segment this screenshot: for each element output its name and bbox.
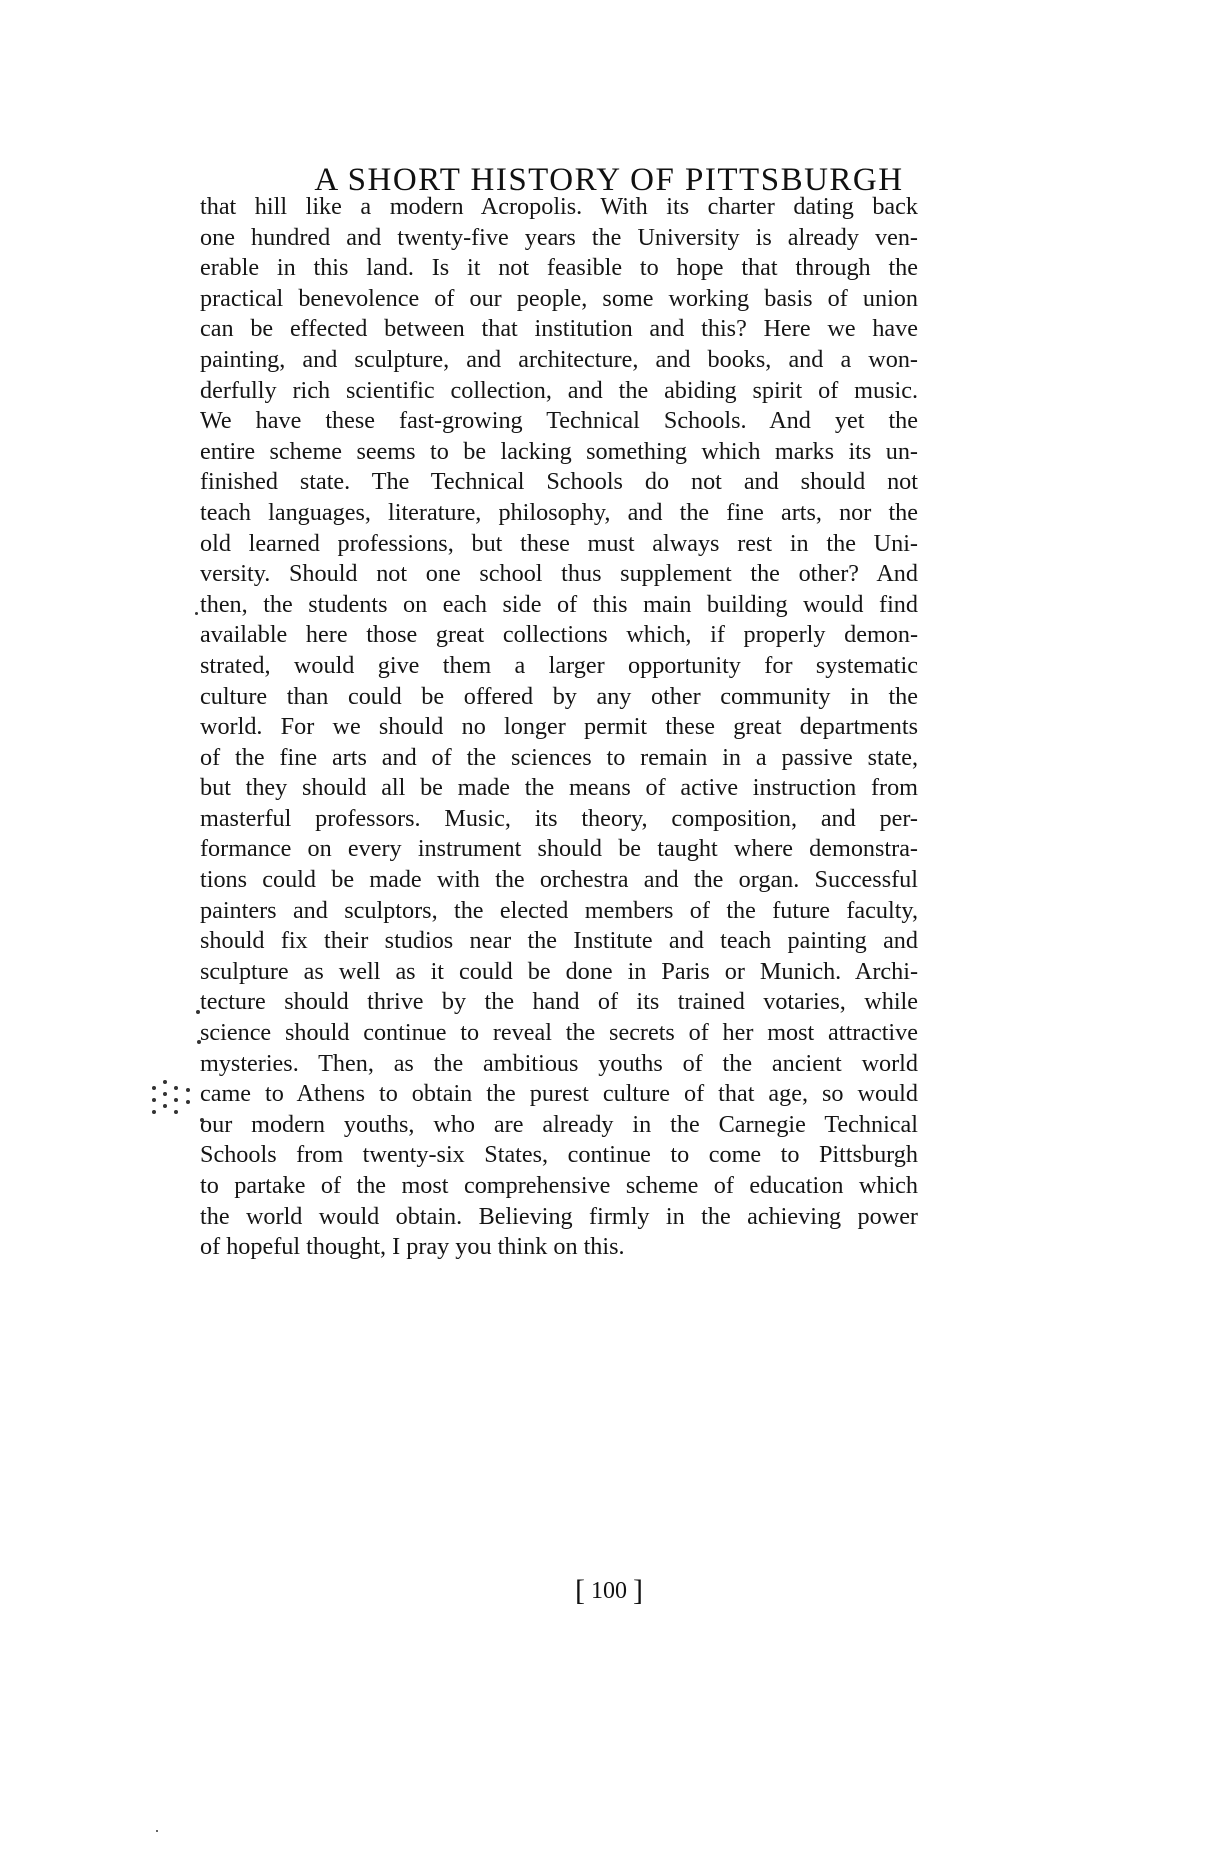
body-paragraph: that hill like a modern Acropolis. With …: [200, 192, 918, 1263]
book-page: A SHORT HISTORY OF PITTSBURGH that hill …: [0, 0, 1218, 1873]
text-line: came to Athens to obtain the purest cult…: [200, 1079, 918, 1110]
text-line: should fix their studios near the Instit…: [200, 926, 918, 957]
text-line: available here those great collections w…: [200, 620, 918, 651]
text-line: then, the students on each side of this …: [200, 590, 918, 621]
folio-right-bracket: ]: [633, 1574, 643, 1607]
text-line: finished state. The Technical Schools do…: [200, 467, 918, 498]
text-line: can be effected between that institution…: [200, 314, 918, 345]
text-line: old learned professions, but these must …: [200, 529, 918, 560]
text-line: that hill like a modern Acropolis. With …: [200, 192, 918, 223]
folio-left-bracket: [: [575, 1574, 585, 1607]
text-line: our modern youths, who are already in th…: [200, 1110, 918, 1141]
text-line: versity. Should not one school thus supp…: [200, 559, 918, 590]
text-line: to partake of the most comprehensive sch…: [200, 1171, 918, 1202]
text-line: masterful professors. Music, its theory,…: [200, 804, 918, 835]
text-line: practical benevolence of our people, som…: [200, 284, 918, 315]
text-line: entire scheme seems to be lacking someth…: [200, 437, 918, 468]
text-line: tions could be made with the orchestra a…: [200, 865, 918, 896]
text-line: sculpture as well as it could be done in…: [200, 957, 918, 988]
text-line: formance on every instrument should be t…: [200, 834, 918, 865]
text-line: mysteries. Then, as the ambitious youths…: [200, 1049, 918, 1080]
folio-number: 100: [591, 1578, 627, 1604]
text-line: painting, and sculpture, and architectur…: [200, 345, 918, 376]
text-line: one hundred and twenty-five years the Un…: [200, 223, 918, 254]
text-line: culture than could be offered by any oth…: [200, 682, 918, 713]
text-line: of hopeful thought, I pray you think on …: [200, 1232, 918, 1263]
text-line: Schools from twenty-six States, continue…: [200, 1140, 918, 1171]
text-line: tecture should thrive by the hand of its…: [200, 987, 918, 1018]
text-line: the world would obtain. Believing firmly…: [200, 1202, 918, 1233]
text-line: strated, would give them a larger opport…: [200, 651, 918, 682]
text-line: teach languages, literature, philosophy,…: [200, 498, 918, 529]
text-line: science should continue to reveal the se…: [200, 1018, 918, 1049]
text-line: painters and sculptors, the elected memb…: [200, 896, 918, 927]
text-line: world. For we should no longer permit th…: [200, 712, 918, 743]
text-line: We have these fast-growing Technical Sch…: [200, 406, 918, 437]
text-line: derfully rich scientific collection, and…: [200, 376, 918, 407]
page-number: [ 100 ]: [0, 1574, 1218, 1608]
text-line: of the fine arts and of the sciences to …: [200, 743, 918, 774]
text-line: erable in this land. Is it not feasible …: [200, 253, 918, 284]
text-line: but they should all be made the means of…: [200, 773, 918, 804]
